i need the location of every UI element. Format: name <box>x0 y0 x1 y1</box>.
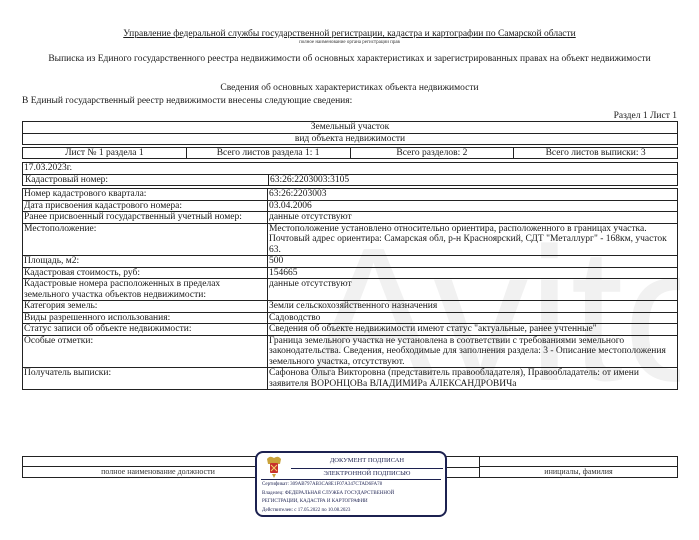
organization-caption: полное наименование органа регистрации п… <box>0 40 699 45</box>
row-value: данные отсутствуют <box>268 212 677 223</box>
row-label: Площадь, м2: <box>23 256 268 267</box>
row-value: Сафонова Ольга Викторовна (представитель… <box>268 368 677 389</box>
row-value: Местоположение установлено относительно … <box>268 224 677 256</box>
stamp-info: Сертификат: 309АВ797АВ3CA8E1F07A347CTAD6… <box>262 481 394 515</box>
table-row: Площадь, м2:500 <box>23 256 677 268</box>
table-row: Получатель выписки:Сафонова Ольга Виктор… <box>23 368 677 389</box>
table-row: Статус записи об объекте недвижимости:Св… <box>23 324 677 336</box>
row-value: 03.04.2006 <box>268 201 677 212</box>
sheet-reference: Раздел 1 Лист 1 <box>614 111 677 121</box>
row-value: Сведения об объекте недвижимости имеют с… <box>268 324 677 335</box>
document-title: Выписка из Единого государственного реес… <box>0 54 699 64</box>
cadastral-number-row: Кадастровый номер: 63:26:2203003:3105 <box>23 175 677 186</box>
sheet-info-row: Лист № 1 раздела 1 Всего листов раздела … <box>22 147 678 159</box>
name-cell: инициалы, фамилия <box>480 457 677 477</box>
table-row: Дата присвоения кадастрового номера:03.0… <box>23 201 677 213</box>
name-caption: инициалы, фамилия <box>480 467 677 477</box>
date-cadastral-box: 17.03.2023г. Кадастровый номер: 63:26:22… <box>22 162 678 186</box>
stamp-line1: ДОКУМЕНТ ПОДПИСАН <box>291 457 443 464</box>
row-label: Ранее присвоенный государственный учетны… <box>23 212 268 223</box>
sheet-info-cell: Всего листов раздела 1: 1 <box>187 148 351 158</box>
position-caption: полное наименование должности <box>23 467 293 477</box>
row-label: Кадастровые номера расположенных в преде… <box>23 279 268 300</box>
row-label: Дата присвоения кадастрового номера: <box>23 201 268 212</box>
row-label: Номер кадастрового квартала: <box>23 189 268 200</box>
row-label: Получатель выписки: <box>23 368 268 389</box>
object-type: Земельный участок <box>23 122 677 134</box>
row-label: Особые отметки: <box>23 336 268 368</box>
table-row: Категория земель:Земли сельскохозяйствен… <box>23 301 677 313</box>
stamp-line2: ЭЛЕКТРОННОЙ ПОДПИСЬЮ <box>291 468 443 477</box>
stamp-validity: Действителен: с 17.05.2022 по 10.08.2023 <box>262 507 394 516</box>
row-value: 63:26:2203003 <box>268 189 677 200</box>
row-label: Кадастровая стоимость, руб: <box>23 268 268 279</box>
row-value: 500 <box>268 256 677 267</box>
extract-date: 17.03.2023г. <box>23 163 677 175</box>
row-label: Местоположение: <box>23 224 268 256</box>
row-label: Категория земель: <box>23 301 268 312</box>
table-row: Виды разрешенного использования:Садоводс… <box>23 313 677 325</box>
electronic-signature-stamp: ДОКУМЕНТ ПОДПИСАН ЭЛЕКТРОННОЙ ПОДПИСЬЮ С… <box>255 451 447 517</box>
cadastral-number-label: Кадастровый номер: <box>24 175 269 186</box>
section-title: Сведения об основных характеристиках объ… <box>0 83 699 93</box>
sheet-info-cell: Всего разделов: 2 <box>351 148 515 158</box>
row-value: Граница земельного участка не установлен… <box>268 336 677 368</box>
table-row: Ранее присвоенный государственный учетны… <box>23 212 677 224</box>
table-row: Номер кадастрового квартала:63:26:220300… <box>23 189 677 201</box>
object-type-caption: вид объекта недвижимости <box>23 134 677 145</box>
row-value: данные отсутствуют <box>268 279 677 300</box>
row-value: Садоводство <box>268 313 677 324</box>
row-label: Виды разрешенного использования: <box>23 313 268 324</box>
organization-title: Управление федеральной службы государств… <box>0 29 699 39</box>
row-value: Земли сельскохозяйственного назначения <box>268 301 677 312</box>
sheet-info-cell: Лист № 1 раздела 1 <box>23 148 187 158</box>
row-label: Статус записи об объекте недвижимости: <box>23 324 268 335</box>
coat-of-arms-icon <box>265 455 283 479</box>
table-row: Кадастровая стоимость, руб:154665 <box>23 268 677 280</box>
position-cell: полное наименование должности <box>23 457 294 477</box>
characteristics-table: Номер кадастрового квартала:63:26:220300… <box>22 188 678 390</box>
sheet-info-cell: Всего листов выписки: 3 <box>514 148 677 158</box>
table-row: Местоположение:Местоположение установлен… <box>23 224 677 257</box>
stamp-owner: Владелец: ФЕДЕРАЛЬНАЯ СЛУЖБА ГОСУДАРСТВЕ… <box>262 490 394 499</box>
cadastral-number-value: 63:26:2203003:3105 <box>269 175 677 186</box>
stamp-owner2: РЕГИСТРАЦИИ, КАДАСТРА И КАРТОГРАФИИ <box>262 498 394 507</box>
table-row: Особые отметки:Граница земельного участк… <box>23 336 677 369</box>
row-value: 154665 <box>268 268 677 279</box>
object-type-box: Земельный участок вид объекта недвижимос… <box>22 121 678 145</box>
table-row: Кадастровые номера расположенных в преде… <box>23 279 677 301</box>
stamp-certificate: Сертификат: 309АВ797АВ3CA8E1F07A347CTAD6… <box>262 481 394 490</box>
intro-text: В Единый государственный реестр недвижим… <box>22 96 352 106</box>
